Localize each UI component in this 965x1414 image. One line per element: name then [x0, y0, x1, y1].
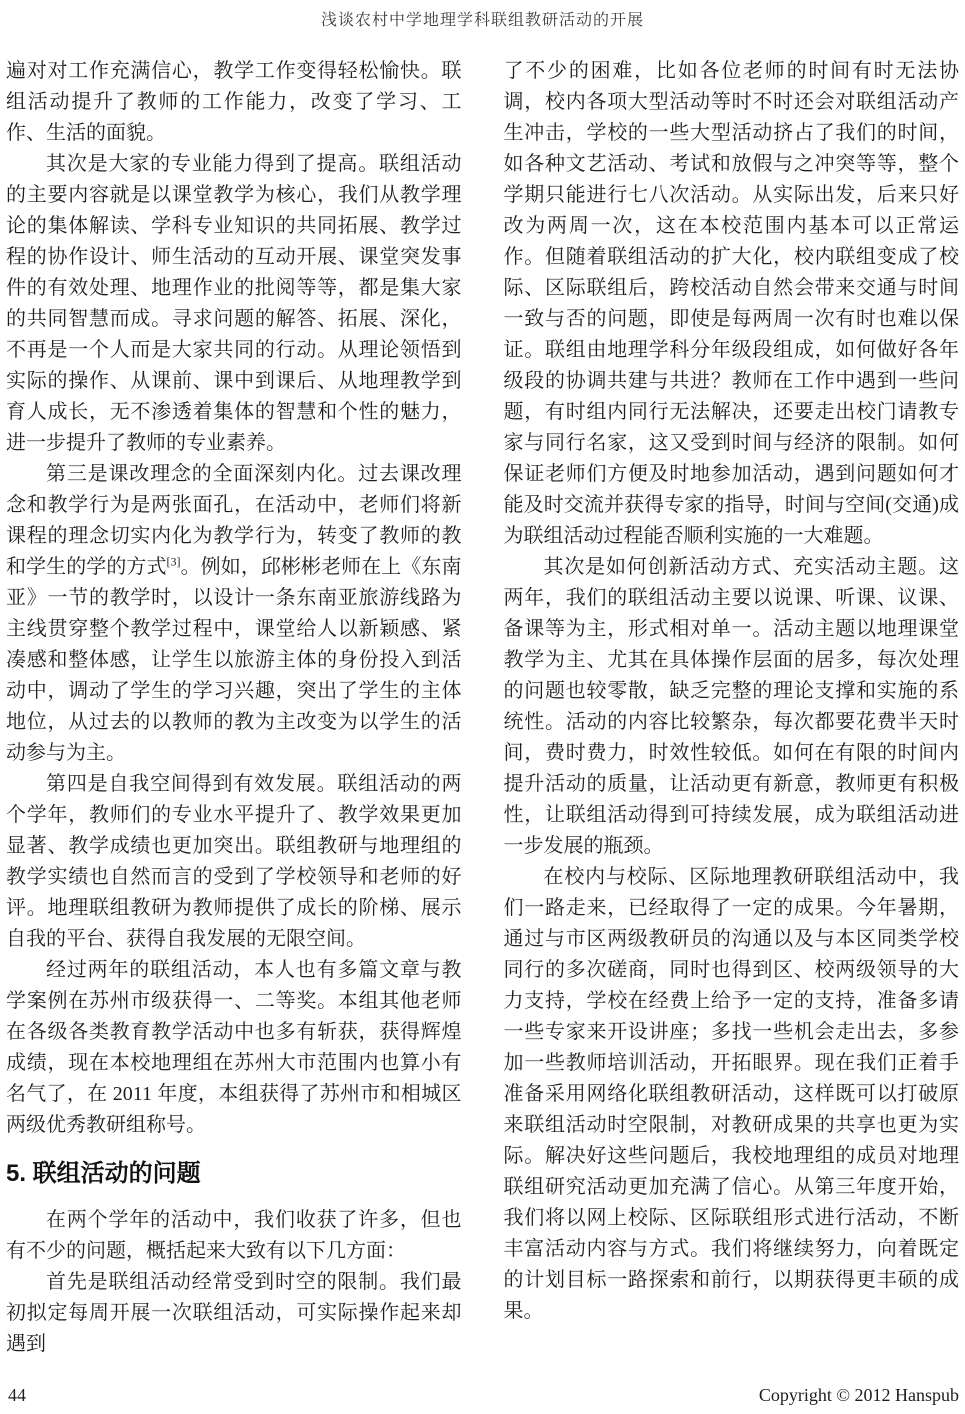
paragraph: 第四是自我空间得到有效发展。联组活动的两个学年，教师们的专业水平提升了、教学效果…	[6, 769, 462, 955]
paragraph: 其次是大家的专业能力得到了提高。联组活动的主要内容就是以课堂教学为核心，我们从教…	[6, 149, 462, 459]
paragraph: 第三是课改理念的全面深刻内化。过去课改理念和教学行为是两张面孔，在活动中，老师们…	[6, 459, 462, 769]
text-run: 在校内与校际、区际地理教研联组活动中，我们一路走来，已经取得了一定的成果。今年暑…	[504, 866, 960, 1322]
copyright-text: Copyright © 2012 Hanspub	[759, 1385, 959, 1406]
right-column: 了不少的困难，比如各位老师的时间有时无法协调，校内各项大型活动等时不时还会对联组…	[504, 56, 960, 1360]
citation-reference: [3]	[167, 554, 181, 568]
paragraph-block: 遍对对工作充满信心，教学工作变得轻松愉快。联组活动提升了教师的工作能力，改变了学…	[6, 56, 462, 1141]
paragraph: 了不少的困难，比如各位老师的时间有时无法协调，校内各项大型活动等时不时还会对联组…	[504, 56, 960, 552]
paragraph: 首先是联组活动经常受到时空的限制。我们最初拟定每周开展一次联组活动，可实际操作起…	[6, 1267, 462, 1360]
text-run: 。例如，邱彬彬老师在上《东南亚》一节的教学时，以设计一条东南亚旅游线路为主线贯穿…	[6, 556, 462, 764]
text-run: 其次是如何创新活动方式、充实活动主题。这两年，我们的联组活动主要以说课、听课、议…	[504, 556, 960, 857]
text-run: 遍对对工作充满信心，教学工作变得轻松愉快。联组活动提升了教师的工作能力，改变了学…	[6, 60, 462, 144]
left-column: 遍对对工作充满信心，教学工作变得轻松愉快。联组活动提升了教师的工作能力，改变了学…	[6, 56, 462, 1360]
section-heading: 5. 联组活动的问题	[6, 1159, 462, 1189]
paragraph: 在校内与校际、区际地理教研联组活动中，我们一路走来，已经取得了一定的成果。今年暑…	[504, 862, 960, 1327]
page-number: 44	[8, 1385, 26, 1406]
paper-page: 浅谈农村中学地理学科联组教研活动的开展 遍对对工作充满信心，教学工作变得轻松愉快…	[0, 0, 965, 1414]
text-run: 经过两年的联组活动，本人也有多篇文章与教学案例在苏州市级获得一、二等奖。本组其他…	[6, 959, 462, 1136]
paragraph: 经过两年的联组活动，本人也有多篇文章与教学案例在苏州市级获得一、二等奖。本组其他…	[6, 955, 462, 1141]
two-column-body: 遍对对工作充满信心，教学工作变得轻松愉快。联组活动提升了教师的工作能力，改变了学…	[6, 56, 959, 1360]
paragraph: 遍对对工作充满信心，教学工作变得轻松愉快。联组活动提升了教师的工作能力，改变了学…	[6, 56, 462, 149]
text-run: 第四是自我空间得到有效发展。联组活动的两个学年，教师们的专业水平提升了、教学效果…	[6, 773, 462, 950]
text-run: 了不少的困难，比如各位老师的时间有时无法协调，校内各项大型活动等时不时还会对联组…	[504, 60, 960, 547]
paragraph-block: 在两个学年的活动中，我们收获了许多，但也有不少的问题，概括起来大致有以下几方面：…	[6, 1205, 462, 1360]
paragraph: 其次是如何创新活动方式、充实活动主题。这两年，我们的联组活动主要以说课、听课、议…	[504, 552, 960, 862]
text-run: 在两个学年的活动中，我们收获了许多，但也有不少的问题，概括起来大致有以下几方面：	[6, 1209, 462, 1262]
running-head-title: 浅谈农村中学地理学科联组教研活动的开展	[0, 7, 965, 30]
text-run: 首先是联组活动经常受到时空的限制。我们最初拟定每周开展一次联组活动，可实际操作起…	[6, 1271, 462, 1355]
paragraph: 在两个学年的活动中，我们收获了许多，但也有不少的问题，概括起来大致有以下几方面：	[6, 1205, 462, 1267]
paragraph-block: 了不少的困难，比如各位老师的时间有时无法协调，校内各项大型活动等时不时还会对联组…	[504, 56, 960, 1327]
text-run: 其次是大家的专业能力得到了提高。联组活动的主要内容就是以课堂教学为核心，我们从教…	[6, 153, 462, 454]
